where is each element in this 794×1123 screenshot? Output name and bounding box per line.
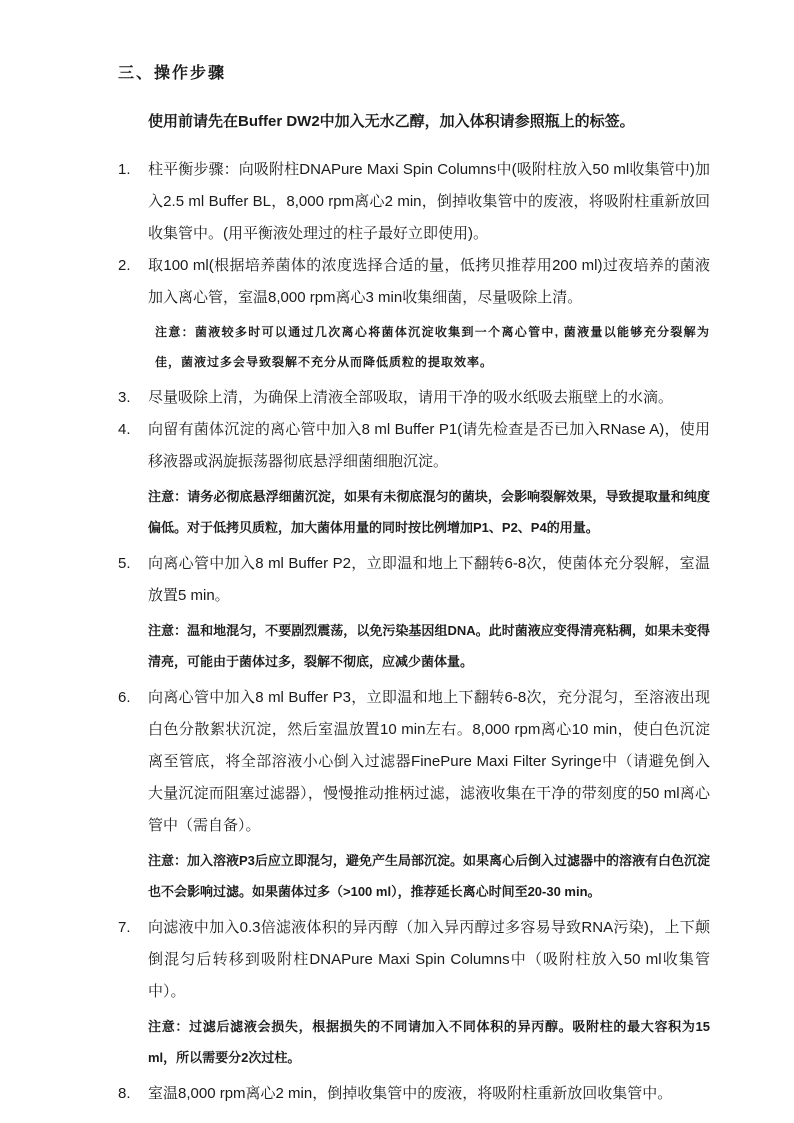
step-text: 取100 ml(根据培养菌体的浓度选择合适的量，低拷贝推荐用200 ml)过夜培… xyxy=(148,250,710,314)
step-text: 室温8,000 rpm离心2 min，倒掉收集管中的废液，将吸附柱重新放回收集管… xyxy=(148,1078,710,1110)
numbered-step-list: 1. 柱平衡步骤：向吸附柱DNAPure Maxi Spin Columns中(… xyxy=(118,154,710,1110)
step-body: 室温8,000 rpm离心2 min，倒掉收集管中的废液，将吸附柱重新放回收集管… xyxy=(148,1078,710,1110)
step-body: 取100 ml(根据培养菌体的浓度选择合适的量，低拷贝推荐用200 ml)过夜培… xyxy=(148,250,710,382)
step-text: 尽量吸除上清，为确保上清液全部吸取，请用干净的吸水纸吸去瓶壁上的水滴。 xyxy=(148,382,710,414)
step-number: 4. xyxy=(118,414,148,548)
step-item-7: 7. 向滤液中加入0.3倍滤液体积的异丙醇（加入异丙醇过多容易导致RNA污染)，… xyxy=(118,912,710,1078)
step-number: 2. xyxy=(118,250,148,382)
step-number: 5. xyxy=(118,548,148,682)
step-body: 向离心管中加入8 ml Buffer P2，立即温和地上下翻转6-8次，使菌体充… xyxy=(148,548,710,682)
step-item-4: 4. 向留有菌体沉淀的离心管中加入8 ml Buffer P1(请先检查是否已加… xyxy=(118,414,710,548)
step-body: 向留有菌体沉淀的离心管中加入8 ml Buffer P1(请先检查是否已加入RN… xyxy=(148,414,710,548)
intro-bold-note: 使用前请先在Buffer DW2中加入无水乙醇，加入体积请参照瓶上的标签。 xyxy=(148,112,710,132)
step-text: 向离心管中加入8 ml Buffer P3，立即温和地上下翻转6-8次，充分混匀… xyxy=(148,682,710,842)
step-body: 柱平衡步骤：向吸附柱DNAPure Maxi Spin Columns中(吸附柱… xyxy=(148,154,710,250)
page-content: 三、操作步骤 使用前请先在Buffer DW2中加入无水乙醇，加入体积请参照瓶上… xyxy=(0,0,794,1110)
step-number: 3. xyxy=(118,382,148,414)
step-number: 7. xyxy=(118,912,148,1078)
step-item-8: 8. 室温8,000 rpm离心2 min，倒掉收集管中的废液，将吸附柱重新放回… xyxy=(118,1078,710,1110)
step-body: 向离心管中加入8 ml Buffer P3，立即温和地上下翻转6-8次，充分混匀… xyxy=(148,682,710,912)
step-number: 6. xyxy=(118,682,148,912)
document-page: 三、操作步骤 使用前请先在Buffer DW2中加入无水乙醇，加入体积请参照瓶上… xyxy=(0,0,794,1123)
step-text: 柱平衡步骤：向吸附柱DNAPure Maxi Spin Columns中(吸附柱… xyxy=(148,154,710,250)
step-text: 向滤液中加入0.3倍滤液体积的异丙醇（加入异丙醇过多容易导致RNA污染)，上下颠… xyxy=(148,912,710,1008)
step-body: 尽量吸除上清，为确保上清液全部吸取，请用干净的吸水纸吸去瓶壁上的水滴。 xyxy=(148,382,710,414)
step-item-6: 6. 向离心管中加入8 ml Buffer P3，立即温和地上下翻转6-8次，充… xyxy=(118,682,710,912)
step-text: 向留有菌体沉淀的离心管中加入8 ml Buffer P1(请先检查是否已加入RN… xyxy=(148,414,710,478)
step-note: 注意：请务必彻底悬浮细菌沉淀，如果有未彻底混匀的菌块，会影响裂解效果，导致提取量… xyxy=(148,481,710,543)
step-item-3: 3. 尽量吸除上清，为确保上清液全部吸取，请用干净的吸水纸吸去瓶壁上的水滴。 xyxy=(118,382,710,414)
step-text: 向离心管中加入8 ml Buffer P2，立即温和地上下翻转6-8次，使菌体充… xyxy=(148,548,710,612)
section-heading: 三、操作步骤 xyxy=(118,64,710,84)
step-item-2: 2. 取100 ml(根据培养菌体的浓度选择合适的量，低拷贝推荐用200 ml)… xyxy=(118,250,710,382)
step-note: 注意：加入溶液P3后应立即混匀，避免产生局部沉淀。如果离心后倒入过滤器中的溶液有… xyxy=(148,845,710,907)
step-number: 8. xyxy=(118,1078,148,1110)
step-note: 注意：菌液较多时可以通过几次离心将菌体沉淀收集到一个离心管中, 菌液量以能够充分… xyxy=(155,317,710,377)
step-note: 注意：温和地混匀，不要剧烈震荡，以免污染基因组DNA。此时菌液应变得清亮粘稠，如… xyxy=(148,615,710,677)
step-number: 1. xyxy=(118,154,148,250)
step-body: 向滤液中加入0.3倍滤液体积的异丙醇（加入异丙醇过多容易导致RNA污染)，上下颠… xyxy=(148,912,710,1078)
step-note: 注意：过滤后滤液会损失，根据损失的不同请加入不同体积的异丙醇。吸附柱的最大容积为… xyxy=(148,1011,710,1073)
step-item-1: 1. 柱平衡步骤：向吸附柱DNAPure Maxi Spin Columns中(… xyxy=(118,154,710,250)
step-item-5: 5. 向离心管中加入8 ml Buffer P2，立即温和地上下翻转6-8次，使… xyxy=(118,548,710,682)
